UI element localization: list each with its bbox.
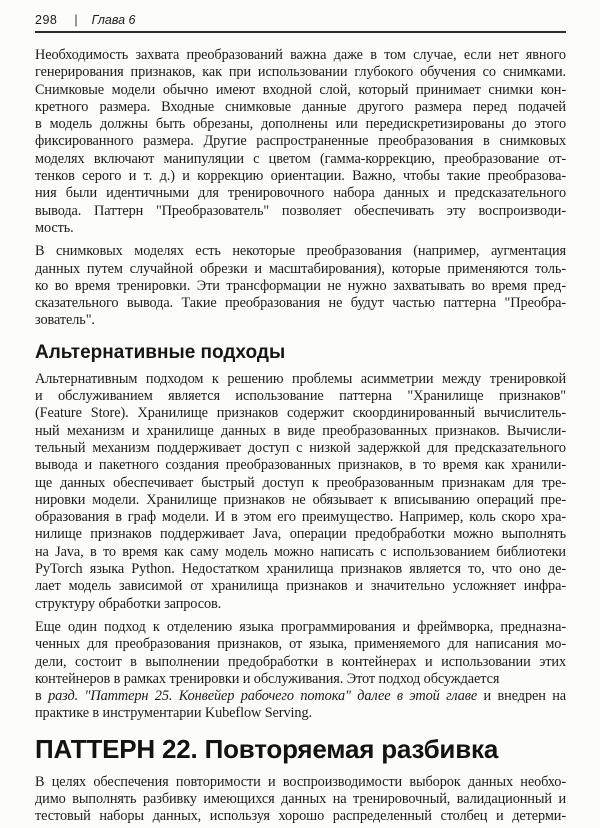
page-number: 298: [35, 13, 57, 28]
text-line: зователь".: [35, 312, 566, 329]
paragraph-4: Еще один подход к отделению языка програ…: [35, 619, 566, 723]
text-line: тенков серого и т. д.) и коррекцию ориен…: [35, 168, 566, 185]
paragraph-5: В целях обеспечения повторимости и воспр…: [35, 774, 566, 826]
text-line: ко во время тренировки. Эти трансформаци…: [35, 278, 566, 295]
page-header: 298 | Глава 6: [35, 0, 566, 33]
paragraph-2: В снимковых моделях есть некоторые преоб…: [35, 243, 566, 329]
text-line: контейнеров в рамках тренировки и обслуж…: [35, 671, 566, 688]
text-line: сказательного вывода. Такие преобразован…: [35, 295, 566, 312]
text-line: ченных для преобразования признаков, от …: [35, 636, 566, 653]
text-line: ный механизм и хранилище данных в виде п…: [35, 423, 566, 440]
text-line: вывода и пакетного создания преобразован…: [35, 457, 566, 474]
header-separator: |: [74, 13, 77, 28]
pattern-heading: ПАТТЕРН 22. Повторяемая разбивка: [35, 733, 566, 765]
text-line: образования в граф модели. И в этом его …: [35, 509, 566, 526]
text-line: данных путем случайной обрезки и масштаб…: [35, 261, 566, 278]
text-line: Необходимость захвата преобразований важ…: [35, 47, 566, 64]
text-line: ще данных обеспечивает быстрый доступ к …: [35, 475, 566, 492]
text-line: нилище признаков поддерживает Java, опер…: [35, 526, 566, 543]
text-line: кретного размера. Входные снимковые данн…: [35, 99, 566, 116]
cross-reference-italic: разд. "Паттерн 25. Конвейер рабочего пот…: [48, 688, 477, 704]
text-line: Альтернативным подходом к решению пробле…: [35, 371, 566, 388]
paragraph-3: Альтернативным подходом к решению пробле…: [35, 371, 566, 613]
text-line: на Java, в то время как саму модель можн…: [35, 544, 566, 561]
text-line: ния были идентичными для тренировочного …: [35, 185, 566, 202]
text-line: мость.: [35, 220, 566, 237]
mixed-line-prefix: в: [35, 688, 48, 704]
text-line: В целях обеспечения повторимости и воспр…: [35, 774, 566, 791]
chapter-label: Глава 6: [92, 13, 136, 28]
text-line: тестовый наборы данных, используя хорошо…: [35, 808, 566, 825]
book-page: 298 | Глава 6 Необходимость захвата прео…: [0, 0, 600, 828]
paragraph-1: Необходимость захвата преобразований важ…: [35, 47, 566, 237]
text-line: PyTorch языка Python. Недостатком хранил…: [35, 561, 566, 578]
text-line: Снимковые модели обычно имеют входной сл…: [35, 82, 566, 99]
text-line-mixed: в разд. "Паттерн 25. Конвейер рабочего п…: [35, 688, 566, 705]
text-line: В снимковых моделях есть некоторые преоб…: [35, 243, 566, 260]
text-line: генерирования признаков, как при использ…: [35, 64, 566, 81]
text-line: Еще один подход к отделению языка програ…: [35, 619, 566, 636]
text-line: и обслуживанием является использование п…: [35, 388, 566, 405]
paragraph-4-opening-lines: Еще один подход к отделению языка програ…: [35, 619, 566, 688]
text-line: нировки модели. Хранилище признаков не о…: [35, 492, 566, 509]
text-line: практике в инструментарии Kubeflow Servi…: [35, 705, 566, 722]
text-line: моделях включают манипуляции с цветом (г…: [35, 151, 566, 168]
text-line: в модель должны быть обрезаны, дополнены…: [35, 116, 566, 133]
text-line: вывода. Паттерн "Преобразователь" позвол…: [35, 203, 566, 220]
text-line: (Feature Store). Хранилище признаков сод…: [35, 405, 566, 422]
mixed-line-suffix: и внедрен на: [477, 688, 566, 704]
section-heading-alternatives: Альтернативные подходы: [35, 341, 566, 364]
text-line: тельный механизм поддерживает доступ с н…: [35, 440, 566, 457]
text-line: дели, состоит в выполнении предобработки…: [35, 654, 566, 671]
text-line: димо выполнять разбивку имеющихся данных…: [35, 791, 566, 808]
text-line: фиксированного размера. Другие распростр…: [35, 133, 566, 150]
text-line: лает модель зависимой от хранилища призн…: [35, 578, 566, 595]
text-line: структуру обработки запросов.: [35, 596, 566, 613]
